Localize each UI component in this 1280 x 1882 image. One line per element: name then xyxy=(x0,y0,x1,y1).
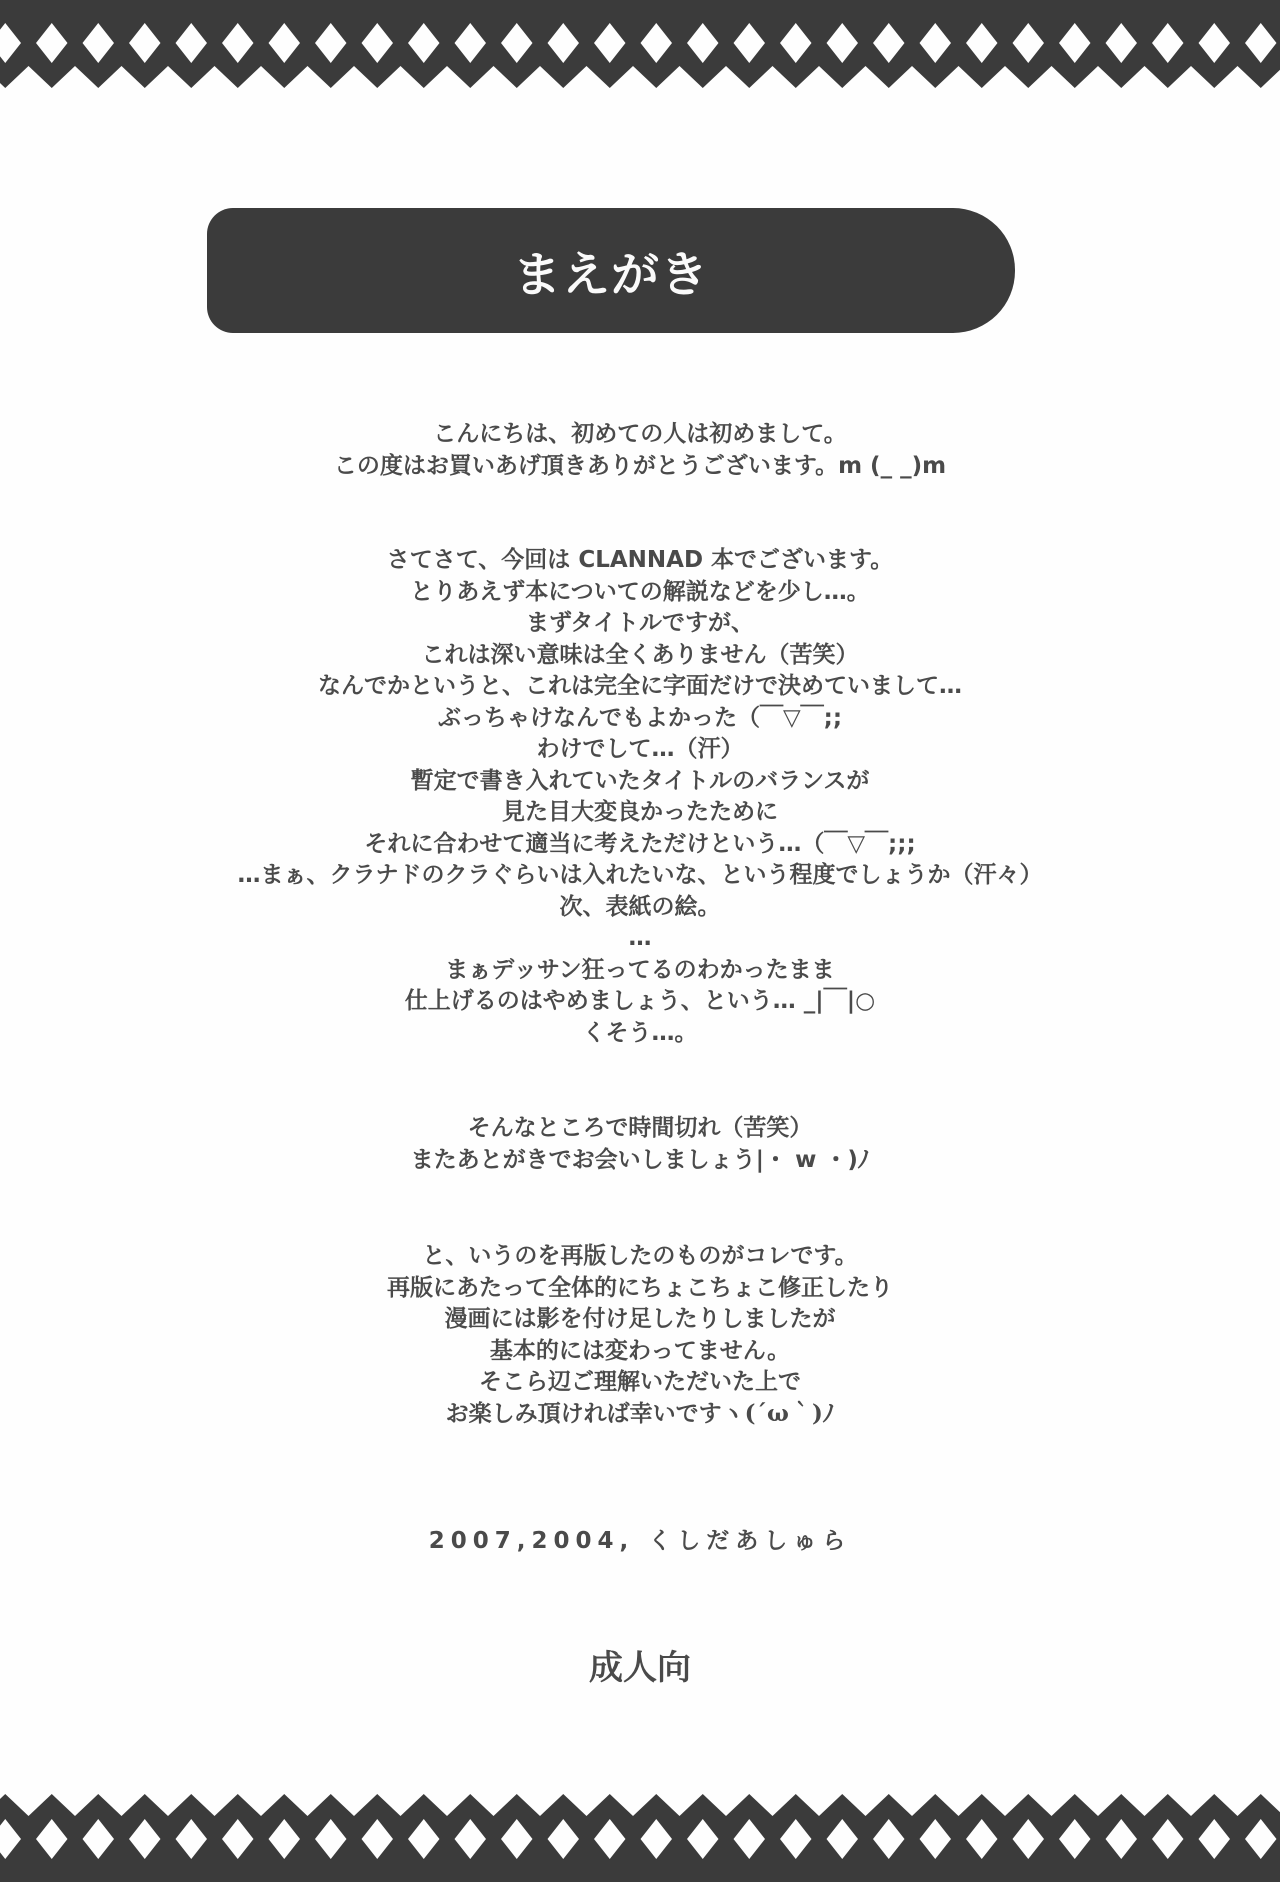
text-line: こんにちは、初めての人は初めまして。 xyxy=(0,419,1280,451)
text-line: まぁデッサン狂ってるのわかったまま xyxy=(0,955,1280,987)
text-line: … xyxy=(0,923,1280,955)
reprint-note-paragraph: と、いうのを再版したのものがコレです。 再版にあたって全体的にちょこちょこ修正し… xyxy=(0,1240,1280,1429)
text-line: 基本的には変わってません。 xyxy=(0,1335,1280,1367)
text-line: さてさて、今回は CLANNAD 本でございます。 xyxy=(0,545,1280,577)
diamond-pattern-icon xyxy=(0,0,1280,92)
text-line: またあとがきでお会いしましょう|・ w ・)ﾉ xyxy=(0,1145,1280,1177)
text-line: くそう…。 xyxy=(0,1018,1280,1050)
text-line: 見た目大変良かったために xyxy=(0,797,1280,829)
text-line: とりあえず本についての解説などを少し…。 xyxy=(0,577,1280,609)
text-line: この度はお買いあげ頂きありがとうございます。m (_ _)m xyxy=(0,451,1280,483)
text-line: そんなところで時間切れ（苦笑） xyxy=(0,1113,1280,1145)
page-title: まえがき xyxy=(513,236,709,305)
text-line: と、いうのを再版したのものがコレです。 xyxy=(0,1240,1280,1272)
diamond-pattern-icon xyxy=(0,1790,1280,1882)
text-line: まずタイトルですが、 xyxy=(0,608,1280,640)
closing-paragraph: そんなところで時間切れ（苦笑） またあとがきでお会いしましょう|・ w ・)ﾉ xyxy=(0,1113,1280,1176)
text-line: これは深い意味は全くありません（苦笑） xyxy=(0,640,1280,672)
greeting-paragraph: こんにちは、初めての人は初めまして。 この度はお買いあげ頂きありがとうございます… xyxy=(0,419,1280,482)
text-line: お楽しみ頂ければ幸いですヽ(´ω｀)ﾉ xyxy=(0,1398,1280,1430)
decorative-border-top xyxy=(0,0,1280,92)
age-rating-label: 成人向 xyxy=(0,1640,1280,1689)
text-line: 再版にあたって全体的にちょこちょこ修正したり xyxy=(0,1272,1280,1304)
text-line: 暫定で書き入れていたタイトルのバランスが xyxy=(0,766,1280,798)
text-line: そこら辺ご理解いただいた上で xyxy=(0,1366,1280,1398)
text-line: 次、表紙の絵。 xyxy=(0,892,1280,924)
text-line: …まぁ、クラナドのクラぐらいは入れたいな、という程度でしょうか（汗々） xyxy=(0,860,1280,892)
text-line: それに合わせて適当に考えただけという…（￣▽￣;;; xyxy=(0,829,1280,861)
text-line: 仕上げるのはやめましょう、という… _|￣|○ xyxy=(0,986,1280,1018)
section-title-banner: まえがき xyxy=(207,208,1015,333)
decorative-border-bottom xyxy=(0,1790,1280,1882)
text-line: 漫画には影を付け足したりしましたが xyxy=(0,1303,1280,1335)
explanation-paragraph: さてさて、今回は CLANNAD 本でございます。 とりあえず本についての解説な… xyxy=(0,545,1280,1049)
text-line: ぶっちゃけなんでもよかった（￣▽￣;; xyxy=(0,703,1280,735)
author-signature: 2007,2004, くしだあしゅら xyxy=(0,1522,1280,1555)
text-line: なんでかというと、これは完全に字面だけで決めていまして… xyxy=(0,671,1280,703)
text-line: わけでして…（汗） xyxy=(0,734,1280,766)
